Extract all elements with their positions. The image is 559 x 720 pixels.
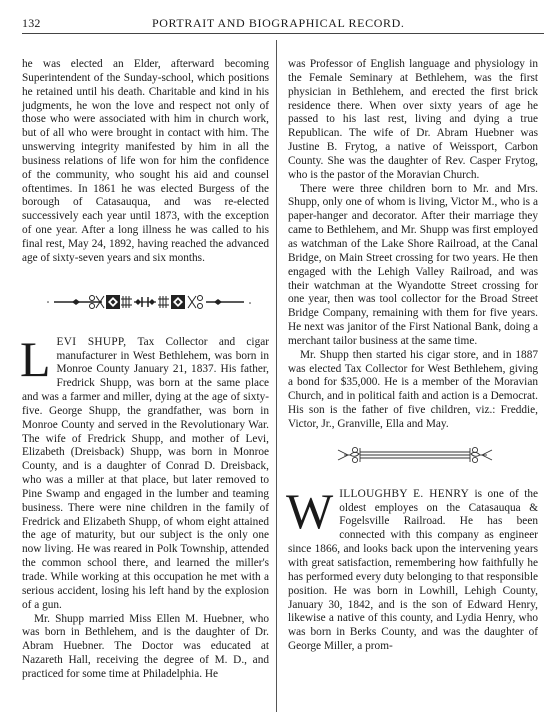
running-title: PORTRAIT AND BIOGRAPHICAL RECORD. (152, 16, 404, 31)
page-header: 132 PORTRAIT AND BIOGRAPHICAL RECORD. (22, 10, 542, 32)
paragraph-children-employment: There were three children born to Mr. an… (288, 183, 538, 349)
decorative-divider-wide-icon (22, 294, 269, 310)
biography-levi-shupp: LEVI SHUPP, Tax Collector and cigar manu… (22, 336, 269, 613)
left-column: he was elected an Elder, afterward becom… (22, 58, 269, 682)
biography-subject-name: EVI SHUPP, (57, 336, 127, 348)
biography-subject-name: ILLOUGHBY E. HENRY (339, 488, 469, 500)
drop-cap-letter: W (286, 491, 333, 531)
biography-willoughby-henry: WILLOUGHBY E. HENRY is one of the oldest… (288, 488, 538, 654)
column-divider (276, 40, 277, 712)
biography-paragraph-text: Tax Collector and cigar manufacturer in … (22, 336, 269, 611)
paragraph-cigar-store: Mr. Shupp then started his cigar store, … (288, 349, 538, 432)
paragraph-huebner-continued: was Professor of English language and ph… (288, 58, 538, 183)
paragraph-marriage: Mr. Shupp married Miss Ellen M. Huebner,… (22, 613, 269, 682)
continuation-paragraph: he was elected an Elder, afterward becom… (22, 58, 269, 266)
drop-cap-letter: L (20, 339, 51, 379)
page-number: 132 (22, 16, 41, 31)
decorative-divider-narrow-icon (288, 446, 538, 464)
header-rule (22, 33, 544, 34)
right-column: was Professor of English language and ph… (288, 58, 538, 654)
